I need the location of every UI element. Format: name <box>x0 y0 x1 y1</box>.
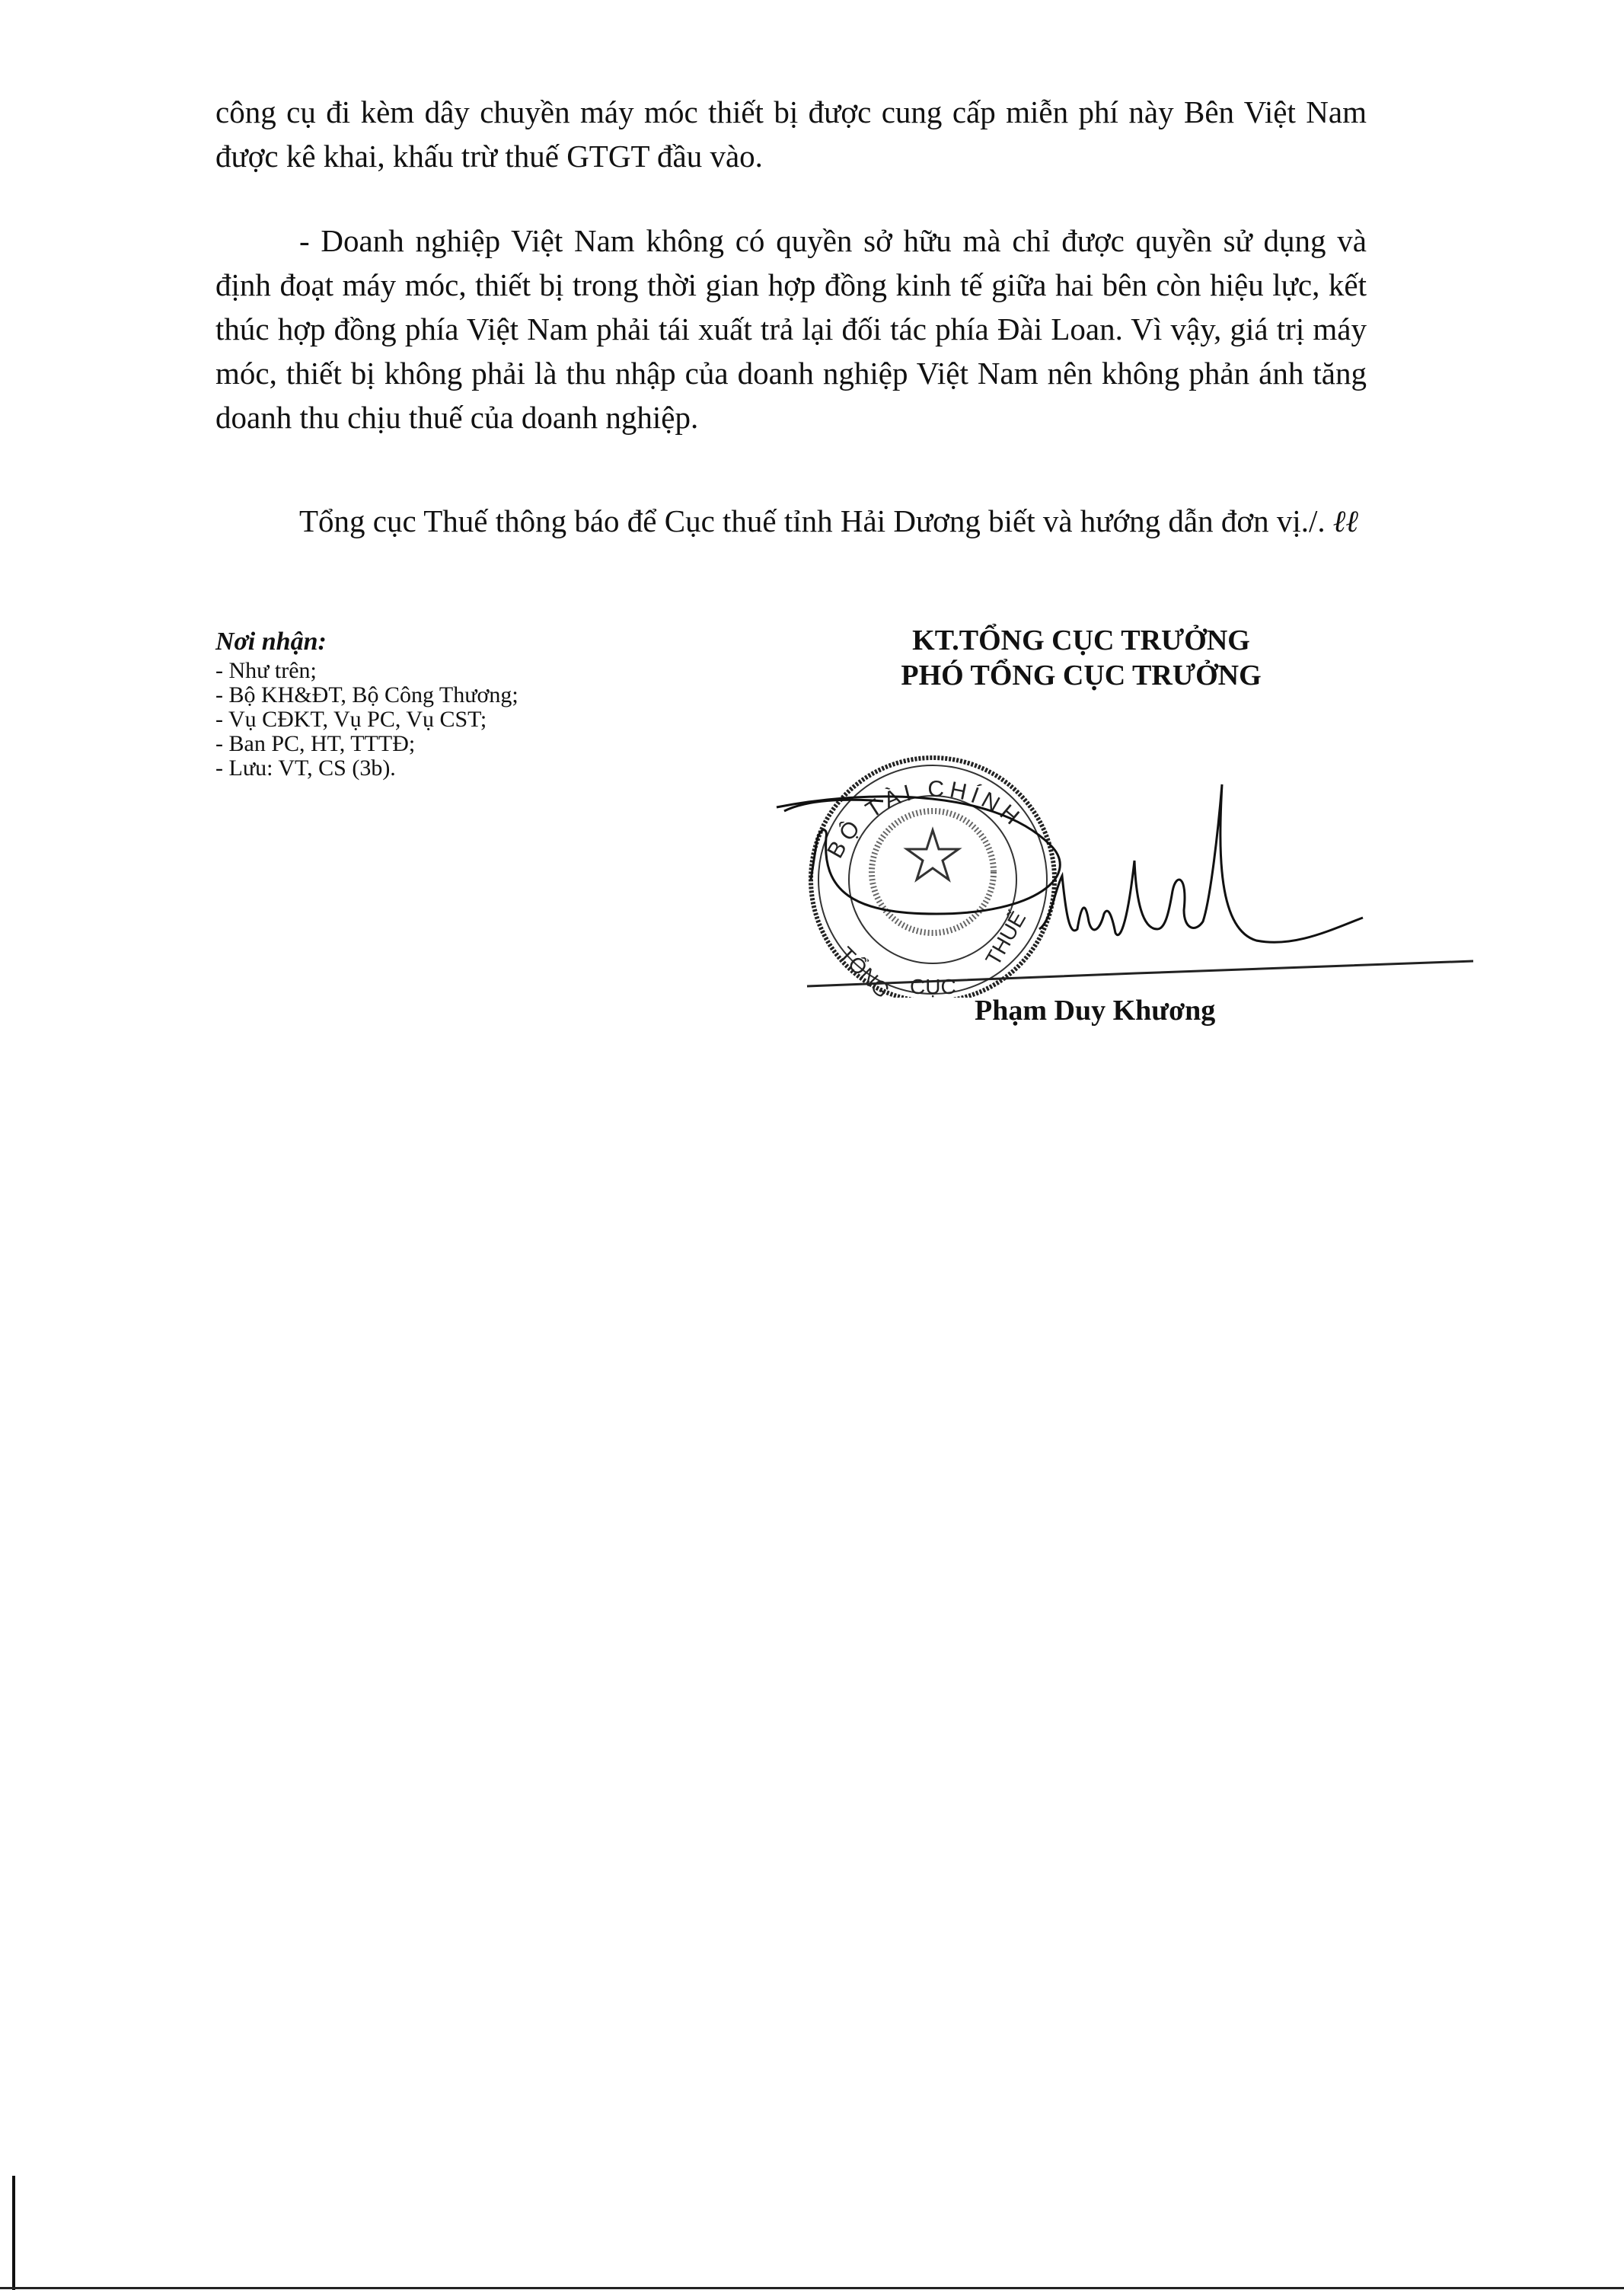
signature-title-line1: KT.TỔNG CỤC TRƯỞNG <box>822 623 1340 658</box>
recipients-title: Nơi nhận: <box>215 627 518 657</box>
paragraph-notice: Tổng cục Thuế thông báo để Cục thuế tỉnh… <box>215 499 1367 544</box>
official-seal-icon: BỘ TÀI CHÍNH TỔNG CỤC THUẾ <box>761 739 1485 998</box>
document-page: công cụ đi kèm dây chuyền máy móc thiết … <box>0 0 1624 2290</box>
notice-text: Tổng cục Thuế thông báo để Cục thuế tỉnh… <box>299 503 1326 538</box>
recipient-item: - Lưu: VT, CS (3b). <box>215 756 518 781</box>
recipient-item: - Như trên; <box>215 659 518 683</box>
scan-edge-bar <box>12 2176 15 2290</box>
svg-text:TỔNG: TỔNG <box>834 942 895 998</box>
recipient-item: - Bộ KH&ĐT, Bộ Công Thương; <box>215 683 518 707</box>
scan-bottom-edge <box>0 2287 1624 2289</box>
signature-title-line2: PHÓ TỔNG CỤC TRƯỞNG <box>822 658 1340 693</box>
stamp-and-signature: BỘ TÀI CHÍNH TỔNG CỤC THUẾ <box>761 739 1485 998</box>
svg-text:CỤC: CỤC <box>910 975 956 998</box>
recipient-item: - Vụ CĐKT, Vụ PC, Vụ CST; <box>215 707 518 732</box>
signature-title: KT.TỔNG CỤC TRƯỞNG PHÓ TỔNG CỤC TRƯỞNG <box>822 623 1340 693</box>
initials-mark: ℓℓ <box>1333 504 1358 539</box>
recipients-list: Nơi nhận: - Như trên; - Bộ KH&ĐT, Bộ Côn… <box>215 627 518 781</box>
signer-name: Phạm Duy Khương <box>975 994 1215 1027</box>
recipient-item: - Ban PC, HT, TTTĐ; <box>215 732 518 756</box>
paragraph-input-vat: công cụ đi kèm dây chuyền máy móc thiết … <box>215 90 1367 178</box>
paragraph-ownership: - Doanh nghiệp Việt Nam không có quyền s… <box>215 219 1367 439</box>
